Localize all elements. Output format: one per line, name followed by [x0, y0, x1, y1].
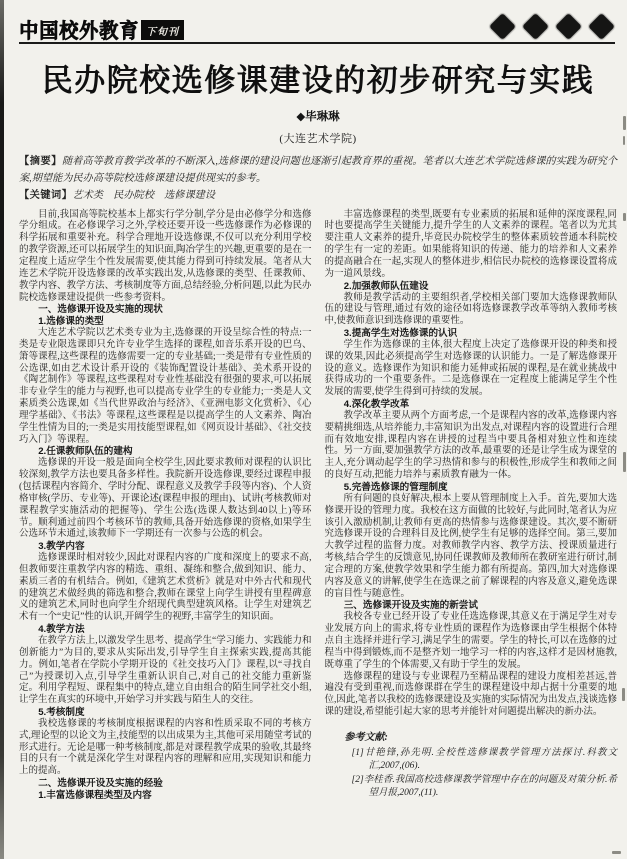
scan-artifact [622, 688, 625, 701]
diamond-ornament-icon [588, 13, 615, 40]
article-body: 目前,我国高等院校基本上都实行学分制,学分是由必修学分和选修学分组成。在必修课学… [19, 210, 617, 802]
subsection-heading: 1.丰富选修课程类型及内容 [19, 790, 312, 802]
closing-paragraph: 选修课程的建设与专业课程乃至精品课程的建设力度相差甚远,普遍没有受到重视,而选修… [325, 672, 618, 719]
paragraph: 教学改革主要从两个方面考虑,一个是课程内容的改革,选修课内容要精挑细选,从培养能… [325, 411, 618, 482]
paragraph: 选修课课时相对较少,因此对课程内容的广度和深度上的要求不高,但教师要注重教学内容… [19, 553, 312, 624]
subsection-heading: 2.加强教师队伍建设 [325, 281, 618, 293]
subsection-heading: 5.完善选修课的管理制度 [325, 482, 618, 494]
subsection-heading: 3.提高学生对选修课的认识 [325, 328, 618, 340]
scan-artifact [623, 136, 625, 145]
subsection-heading: 4.教学方法 [19, 624, 312, 636]
section-heading-1: 一、选修课开设及实施的现状 [19, 304, 312, 316]
scan-artifact [623, 116, 626, 130]
subsection-heading: 3.教学内容 [19, 541, 312, 553]
keywords-line: 【关键词】艺术类 民办院校 选修课建设 [19, 187, 617, 204]
diamond-ornaments [493, 17, 611, 36]
paragraph: 选修课的开设一般是面向全校学生,因此要求教师对课程的认识比较深刻,教学方法也要具… [19, 458, 312, 541]
paragraph: 学生作为选修课的主体,很大程度上决定了选修课开设的种类和授课的效果,因此必须提高… [325, 340, 618, 399]
subsection-heading: 4.深化教学改革 [325, 399, 618, 411]
intro-paragraph: 目前,我国高等院校基本上都实行学分制,学分是由必修学分和选修学分组成。在必修课学… [19, 210, 312, 305]
paragraph: 丰富选修课程的类型,既要有专业素质的拓展和延伸的深度课程,同时也要提高学生关键能… [325, 210, 618, 281]
paragraph: 所有问题的良好解决,根本上要从管理制度上入手。首先,要加大选修课开设的管理力度。… [325, 494, 618, 601]
references-section: 参考文献: [1]甘艳锋,孙先明.全校性选修课教学管理方法探讨.科教文汇,200… [325, 732, 618, 801]
paragraph: 在教学方法上,以激发学生思考、提高学生“学习能力、实践能力和创新能力”为目的,要… [19, 636, 312, 707]
scan-artifact [623, 213, 626, 221]
reference-item: [1]甘艳锋,孙先明.全校性选修课教学管理方法探讨.科教文汇,2007,(06)… [325, 747, 618, 774]
subsection-heading: 2.任课教师队伍的建构 [19, 446, 312, 458]
scan-artifact [623, 452, 626, 472]
left-column: 目前,我国高等院校基本上都实行学分制,学分是由必修学分和选修学分组成。在必修课学… [19, 210, 312, 802]
journal-page: 中国校外教育 下旬刊 民办院校选修课建设的初步研究与实践 ◆毕琳琳 (大连艺术学… [0, 0, 627, 859]
paragraph: 我校选修课的考核制度根据课程的内容和性质采取不同的考核方式,理论型的以论文为主,… [19, 719, 312, 778]
journal-masthead: 中国校外教育 下旬刊 [19, 16, 617, 48]
article-author: ◆毕琳琳 [19, 108, 617, 124]
diamond-ornament-icon [555, 13, 582, 40]
subsection-heading: 1.选修课的类型 [19, 316, 312, 328]
abstract-text: 随着高等教育教学改革的不断深入,选修课的建设问题也逐渐引起教育界的重视。笔者以大… [19, 156, 617, 184]
journal-edition-badge: 下旬刊 [141, 20, 184, 40]
paragraph: 我校各专业已经开设了专业任选选修课,其意义在于满足学生对专业发展方向上的需求,将… [325, 612, 618, 671]
scan-artifact [612, 851, 621, 854]
references-title: 参考文献: [325, 732, 618, 744]
diamond-ornament-icon [489, 13, 516, 40]
journal-logo: 中国校外教育 下旬刊 [19, 16, 184, 43]
keywords-label: 【关键词】 [19, 190, 72, 201]
paragraph: 大连艺术学院以艺术类专业为主,选修课的开设呈综合性的特点:一类是专业限选课即只允… [19, 328, 312, 446]
reference-item: [2]李桂香.我国高校选修课教学管理中存在的问题及对策分析.希望月报,2007,… [325, 774, 618, 801]
author-affiliation: (大连艺术学院) [19, 130, 617, 146]
keywords-text: 艺术类 民办院校 选修课建设 [72, 190, 215, 201]
paragraph: 教师是教学活动的主要组织者,学校相关部门要加大选修课教师队伍的建设与管理,通过有… [325, 293, 618, 329]
section-heading-3: 三、选修课开设及实施的新尝试 [325, 600, 618, 612]
section-heading-2: 二、选修课开设及实施的经验 [19, 778, 312, 790]
abstract-block: 【摘要】随着高等教育教学改革的不断深入,选修课的建设问题也逐渐引起教育界的重视。… [19, 153, 617, 205]
subsection-heading: 5.考核制度 [19, 707, 312, 719]
abstract-paragraph: 【摘要】随着高等教育教学改革的不断深入,选修课的建设问题也逐渐引起教育界的重视。… [19, 153, 617, 187]
article-title: 民办院校选修课建设的初步研究与实践 [19, 61, 617, 101]
diamond-ornament-icon [522, 13, 549, 40]
right-column: 丰富选修课程的类型,既要有专业素质的拓展和延伸的深度课程,同时也要提高学生关键能… [325, 210, 618, 802]
page-content: 中国校外教育 下旬刊 民办院校选修课建设的初步研究与实践 ◆毕琳琳 (大连艺术学… [0, 0, 627, 802]
abstract-label: 【摘要】 [19, 156, 62, 167]
journal-name: 中国校外教育 [19, 15, 139, 44]
